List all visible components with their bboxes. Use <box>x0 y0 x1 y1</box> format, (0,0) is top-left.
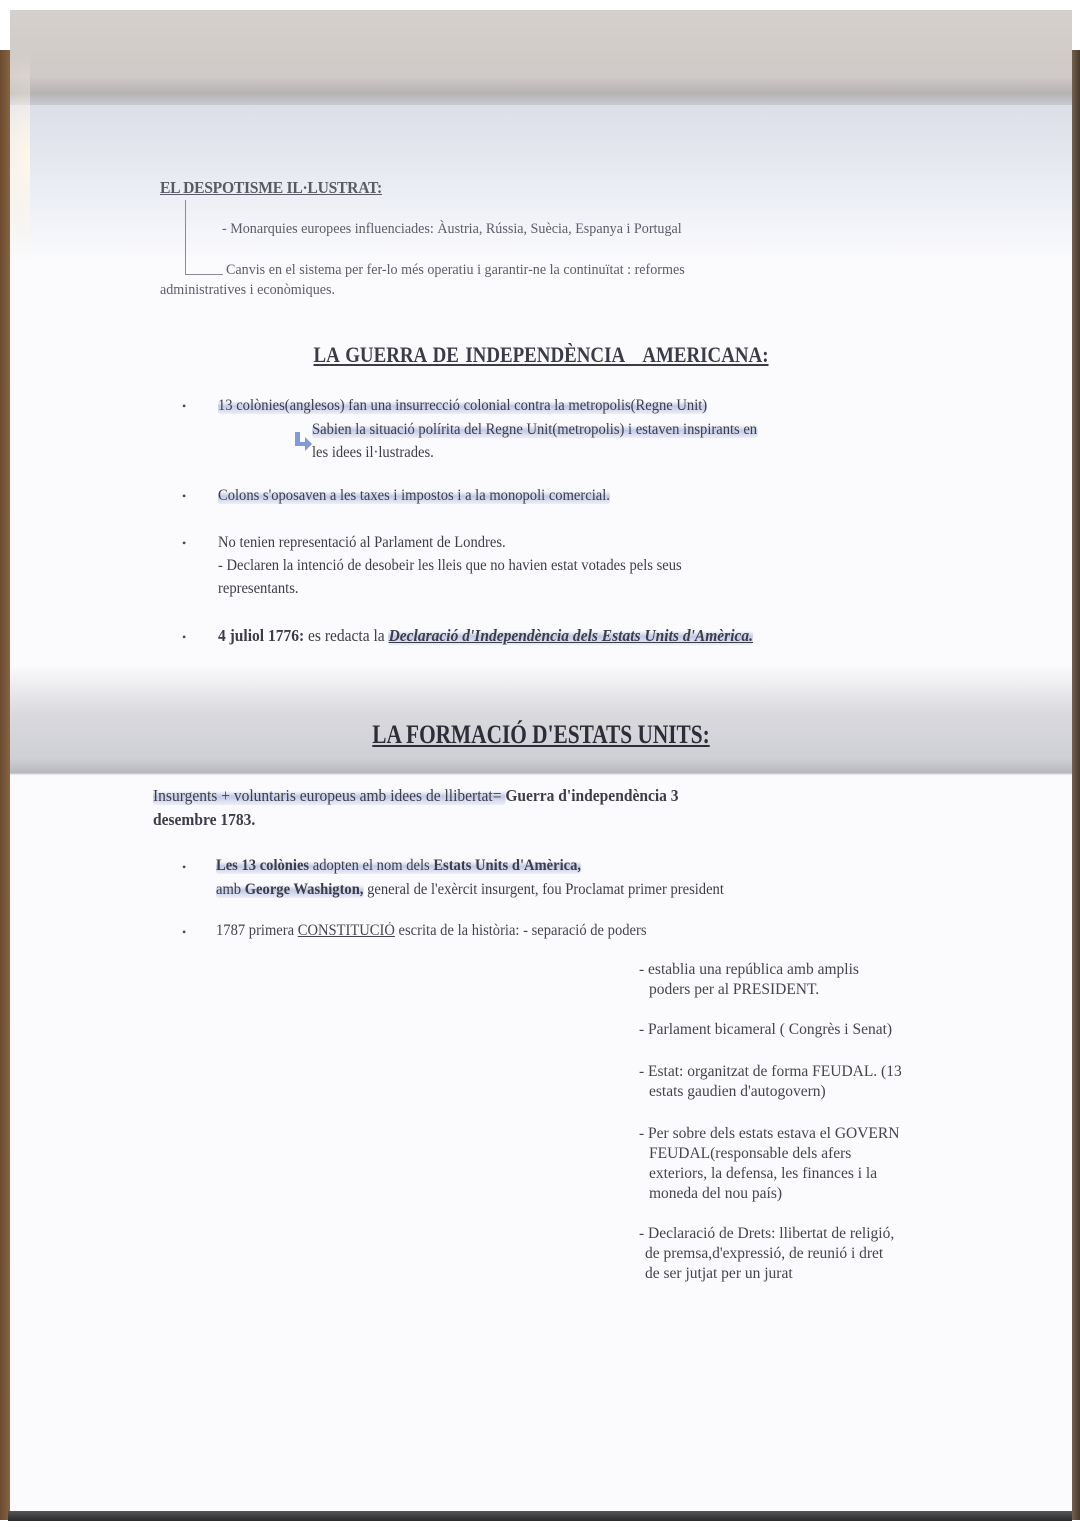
point-line: - Estat: organitzat de forma FEUDAL. (13 <box>639 1062 979 1082</box>
constitution-suffix: escrita de la història: - separació de p… <box>395 922 647 939</box>
constitution-word: CONSTITUCIÓ <box>298 922 395 939</box>
point-line: - establia una república amb amplis <box>639 960 979 980</box>
photo-edge-bottom <box>8 1511 1072 1521</box>
despotisme-line-2: Canvis en el sistema per fer-lo més oper… <box>226 262 685 279</box>
paper-sheet: EL DESPOTISME IL·LUSTRAT: - Monarquies e… <box>10 10 1072 1512</box>
bullet-icon: • <box>182 630 186 645</box>
colonies-bold: Les 13 colònies <box>216 857 309 874</box>
guerra-bullet-3-line-1: No tenien representació al Parlament de … <box>218 534 506 552</box>
point-line: estats gaudien d'autogovern) <box>639 1082 979 1102</box>
constitution-point-3: - Estat: organitzat de forma FEUDAL. (13… <box>639 1062 979 1102</box>
colonies-text: adopten el nom dels <box>309 857 433 874</box>
bullet-icon: • <box>182 536 186 551</box>
guerra-bullet-2: Colons s'oposaven a les taxes i impostos… <box>218 487 610 505</box>
constitution-point-2: - Parlament bicameral ( Congrès i Senat) <box>639 1020 979 1040</box>
point-line: - Per sobre dels estats estava el GOVERN <box>639 1124 979 1144</box>
declaration-title: Declaració d'Independència dels Estats U… <box>389 626 753 645</box>
formacio-intro-line-1: Insurgents + voluntaris europeus amb ide… <box>153 786 679 806</box>
bullet-icon: • <box>182 860 186 875</box>
point-line: exteriors, la defensa, les finances i la <box>639 1164 979 1184</box>
amb-text: amb <box>216 881 245 898</box>
formacio-intro-line-2: desembre 1783. <box>153 810 255 830</box>
guerra-bullet-2-text: Colons s'oposaven a les taxes i impostos… <box>218 487 610 504</box>
document-content: EL DESPOTISME IL·LUSTRAT: - Monarquies e… <box>10 10 1072 1512</box>
guerra-sub-line-1: Sabien la situació polírita del Regne Un… <box>312 421 757 439</box>
constitution-point-5: - Declaració de Drets: llibertat de reli… <box>639 1224 979 1284</box>
guerra-bullet-3-line-2: - Declaren la intenció de desobeir les l… <box>218 557 682 575</box>
constitution-point-1: - establia una república amb amplis pode… <box>639 960 979 1000</box>
guerra-bullet-3-line-3: representants. <box>218 580 299 598</box>
constitution-point-4: - Per sobre dels estats estava el GOVERN… <box>639 1124 979 1204</box>
despotisme-line-3: administratives i econòmiques. <box>160 282 335 299</box>
formacio-bullet-1-line-1: Les 13 colònies adopten el nom dels Esta… <box>216 857 581 875</box>
bullet-icon: • <box>182 489 186 504</box>
bracket-connector <box>185 200 223 275</box>
point-line: - Declaració de Drets: llibertat de reli… <box>639 1224 979 1244</box>
bullet-icon: • <box>182 399 186 414</box>
despotisme-line-1: - Monarquies europees influenciades: Àus… <box>222 221 682 238</box>
guerra-sub-line-1-text: Sabien la situació polírita del Regne Un… <box>312 421 757 438</box>
section-title-despotisme: EL DESPOTISME IL·LUSTRAT: <box>160 178 382 198</box>
point-line: de premsa,d'expressió, de reunió i dret <box>639 1244 979 1264</box>
usa-bold: Estats Units d'Amèrica, <box>433 857 581 874</box>
constitution-prefix: 1787 primera <box>216 922 298 939</box>
guerra-bullet-4: 4 juliol 1776: es redacta la Declaració … <box>218 626 753 646</box>
point-line: poders per al PRESIDENT. <box>639 980 979 1000</box>
point-line: moneda del nou país) <box>639 1184 979 1204</box>
formacio-intro-bold: Guerra d'independència 3 <box>505 786 678 805</box>
arrow-return-icon <box>292 430 314 452</box>
section-title-formacio: LA FORMACIÓ D'ESTATS UNITS: <box>106 720 977 750</box>
point-line: - Parlament bicameral ( Congrès i Senat) <box>639 1020 979 1040</box>
formacio-intro-text: Insurgents + voluntaris europeus amb ide… <box>153 786 505 805</box>
washington-bold: George Washigton, <box>245 881 364 898</box>
washington-text: general de l'exèrcit insurgent, fou Proc… <box>363 881 723 898</box>
section-title-guerra: LA GUERRA DE INDEPENDÈNCIA AMERICANA: <box>84 342 997 368</box>
bullet-icon: • <box>182 925 186 940</box>
point-line: de ser jutjat per un jurat <box>639 1264 979 1284</box>
point-line: FEUDAL(responsable dels afers <box>639 1144 979 1164</box>
guerra-sub-line-2: les idees il·lustrades. <box>312 444 434 462</box>
guerra-bullet-1-text: 13 colònies(anglesos) fan una insurrecci… <box>218 397 707 414</box>
formacio-bullet-2: 1787 primera CONSTITUCIÓ escrita de la h… <box>216 922 647 940</box>
guerra-bullet-1: 13 colònies(anglesos) fan una insurrecci… <box>218 397 707 415</box>
declaration-text: es redacta la <box>304 626 388 645</box>
declaration-date: 4 juliol 1776: <box>218 626 304 645</box>
formacio-bullet-1-line-2: amb George Washigton, general de l'exèrc… <box>216 881 724 899</box>
